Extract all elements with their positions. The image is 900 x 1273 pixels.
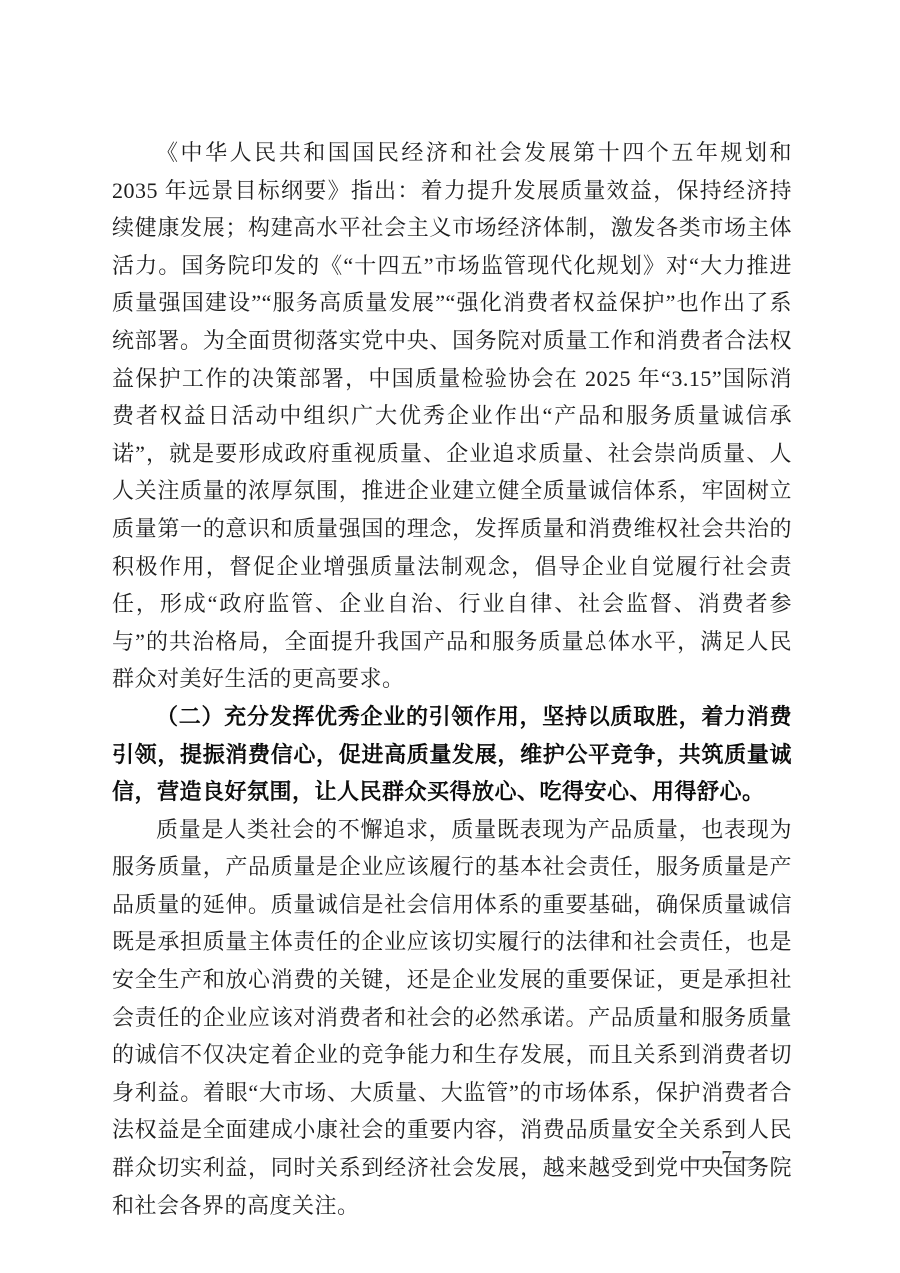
- document-body: 《中华人民共和国国民经济和社会发展第十四个五年规划和 2035 年远景目标纲要》…: [112, 134, 792, 1224]
- section-heading-two: （二）充分发挥优秀企业的引领作用，坚持以质取胜，着力消费引领，提振消费信心，促进…: [112, 698, 792, 811]
- paragraph-quality-integrity: 质量是人类社会的不懈追求，质量既表现为产品质量，也表现为服务质量，产品质量是企业…: [112, 811, 792, 1225]
- document-page: 《中华人民共和国国民经济和社会发展第十四个五年规划和 2035 年远景目标纲要》…: [0, 0, 900, 1273]
- page-number: — 7 —: [691, 1146, 764, 1171]
- paragraph-plan-outline: 《中华人民共和国国民经济和社会发展第十四个五年规划和 2035 年远景目标纲要》…: [112, 134, 792, 698]
